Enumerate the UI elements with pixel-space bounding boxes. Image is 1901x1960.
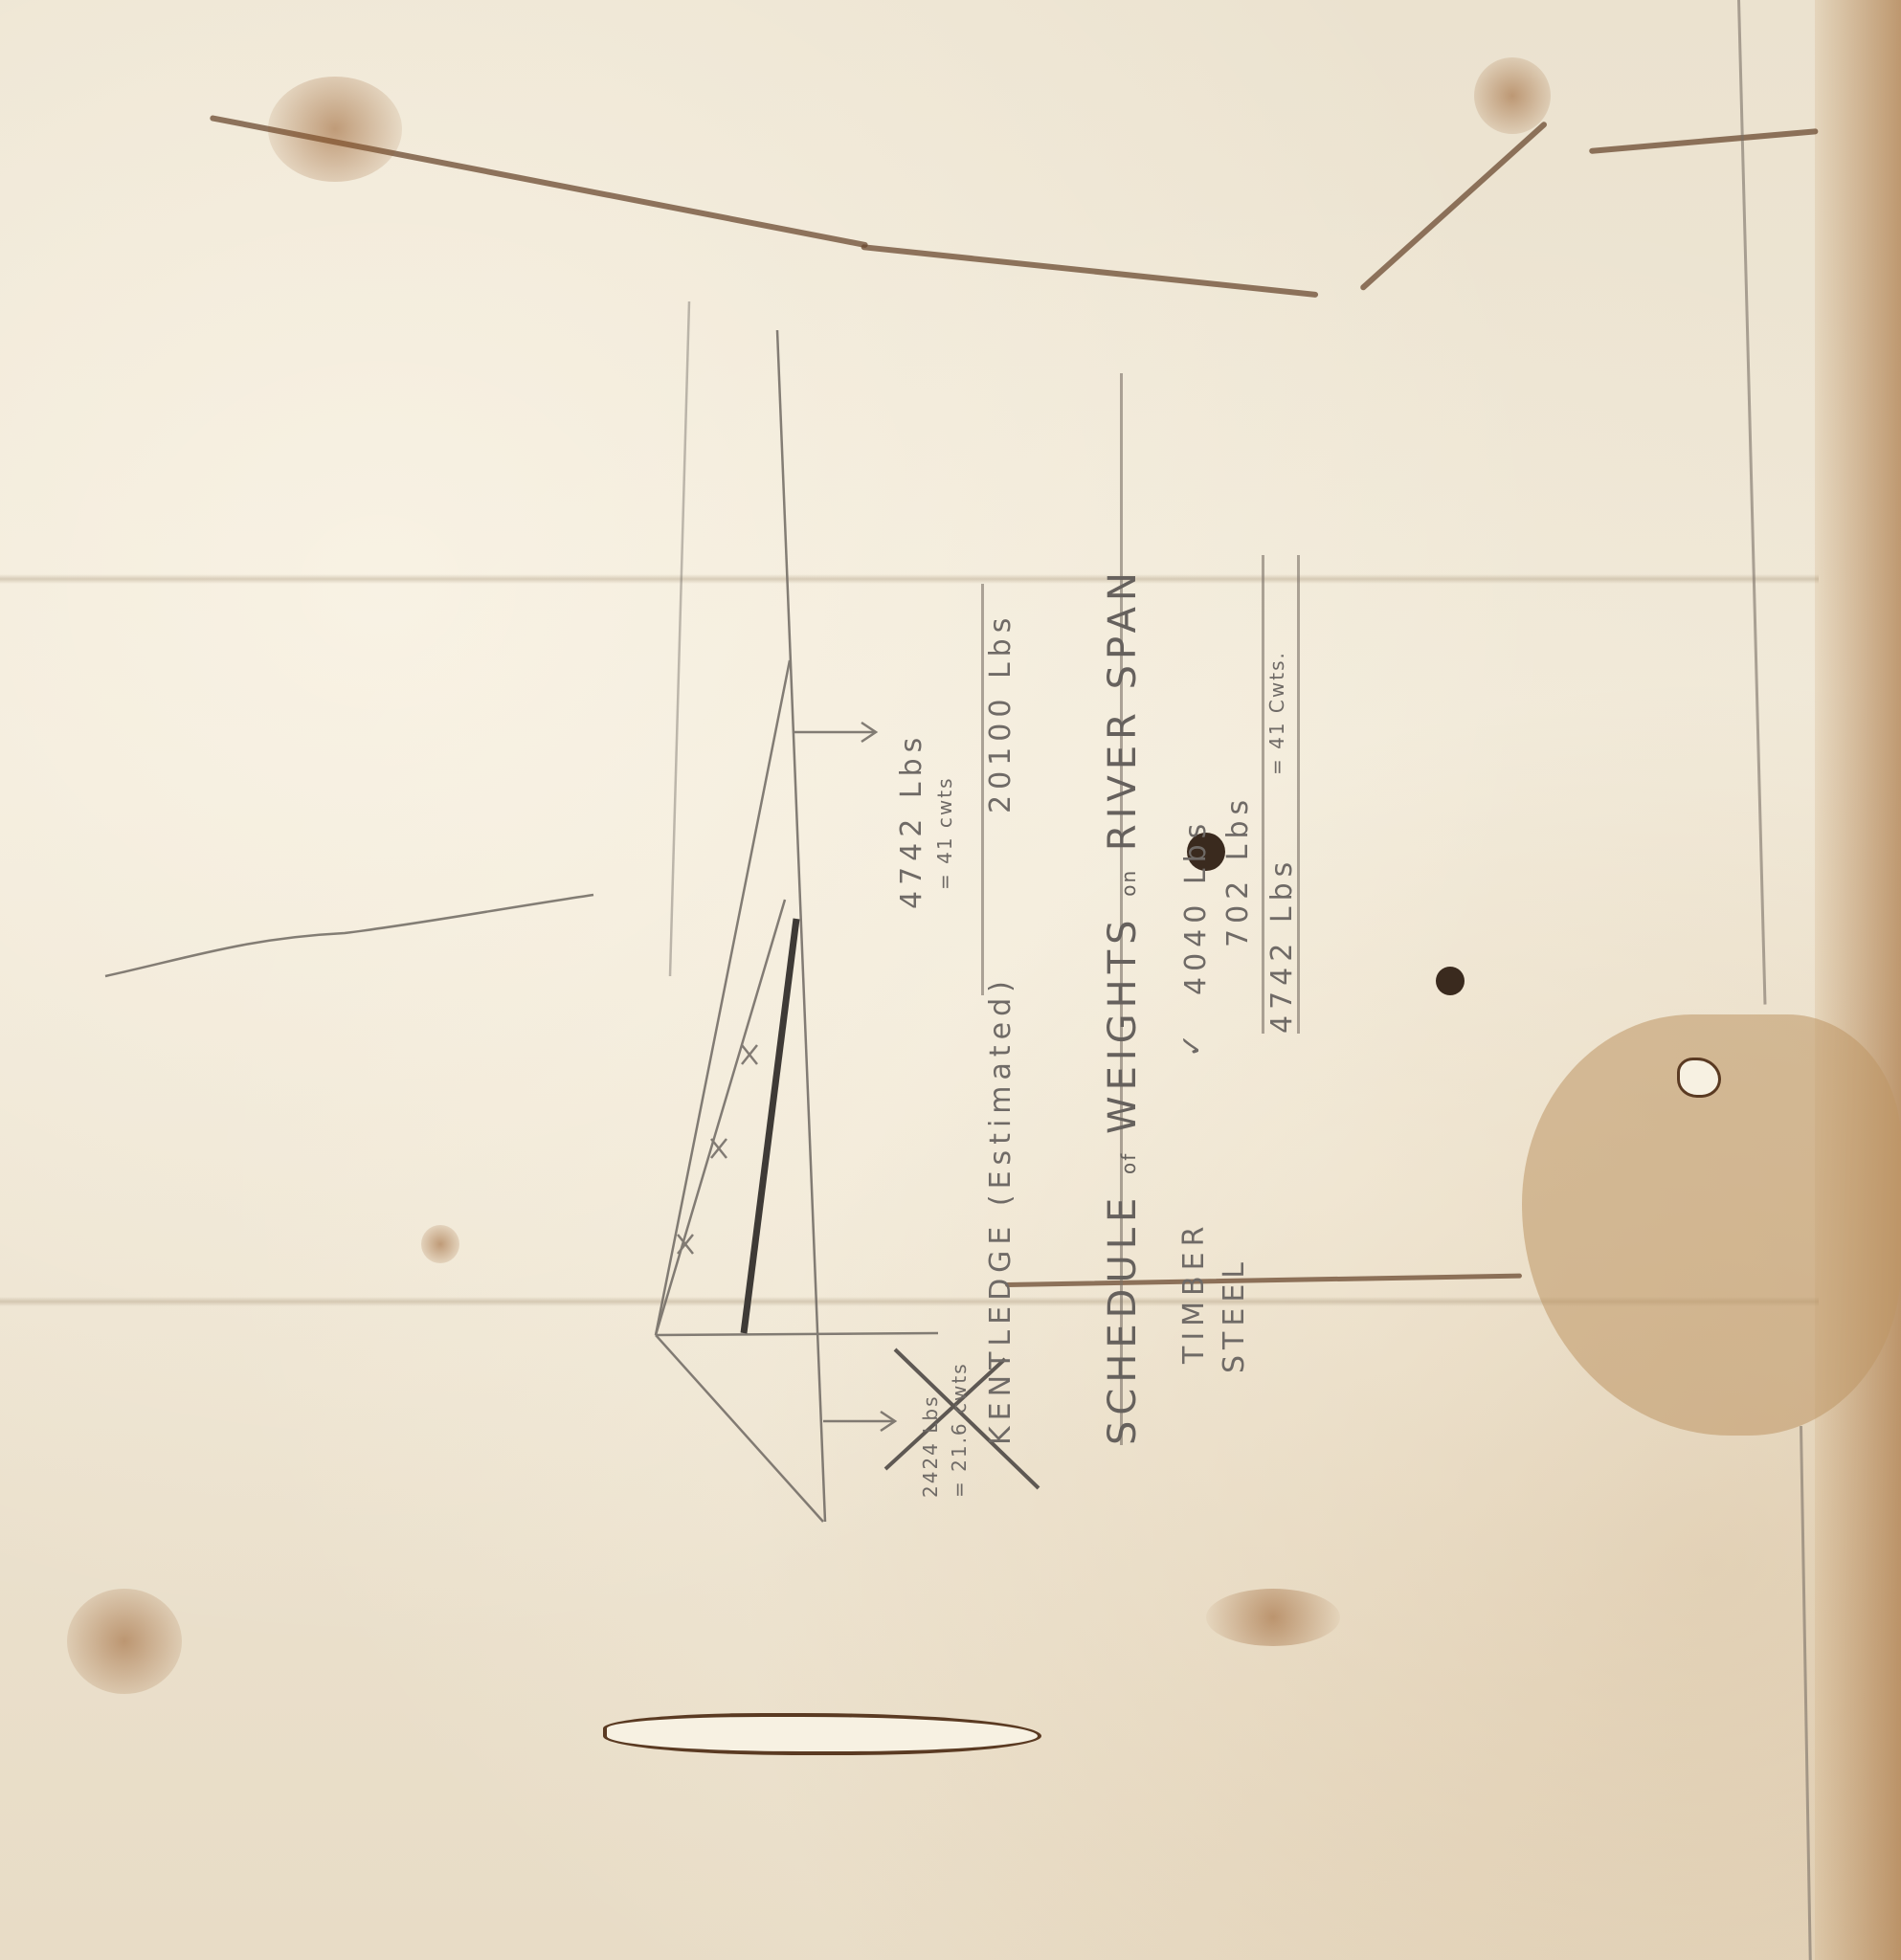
title-river-span: RIVER SPAN — [1101, 567, 1145, 851]
total-cwts: = 41 Cwts. — [1265, 651, 1288, 775]
row-label-timber: TIMBER — [1177, 1221, 1211, 1364]
title-weights: WEIGHTS — [1101, 914, 1145, 1134]
title-schedule: SCHEDULE — [1101, 1192, 1145, 1445]
load-upper-lbs: 4742 Lbs — [895, 732, 928, 909]
kentledge-label: KENTLEDGE (Estimated) — [984, 975, 1018, 1445]
check-mark: ✓ — [1175, 1028, 1209, 1058]
row-label-steel: STEEL — [1218, 1257, 1251, 1373]
total-value: 4742 Lbs — [1265, 857, 1299, 1034]
load-upper-cwts: = 41 cwts — [933, 776, 956, 890]
row-value-steel: 702 Lbs — [1221, 794, 1255, 947]
title-on: on — [1117, 869, 1140, 897]
kentledge-value: 20100 Lbs — [984, 612, 1018, 813]
crossed-out-cwts: = 21.6 cwts — [948, 1362, 971, 1498]
page-title: SCHEDULE of WEIGHTS on RIVER SPAN — [1101, 567, 1145, 1445]
cantilever-load-diagram — [0, 0, 1901, 1960]
title-of: of — [1117, 1152, 1140, 1174]
crossed-out-lbs: 2424 Lbs — [919, 1394, 942, 1498]
row-value-timber: 4040 Lbs — [1179, 818, 1213, 995]
bold-strut-line — [744, 919, 796, 1333]
total-rule — [1262, 555, 1264, 1034]
